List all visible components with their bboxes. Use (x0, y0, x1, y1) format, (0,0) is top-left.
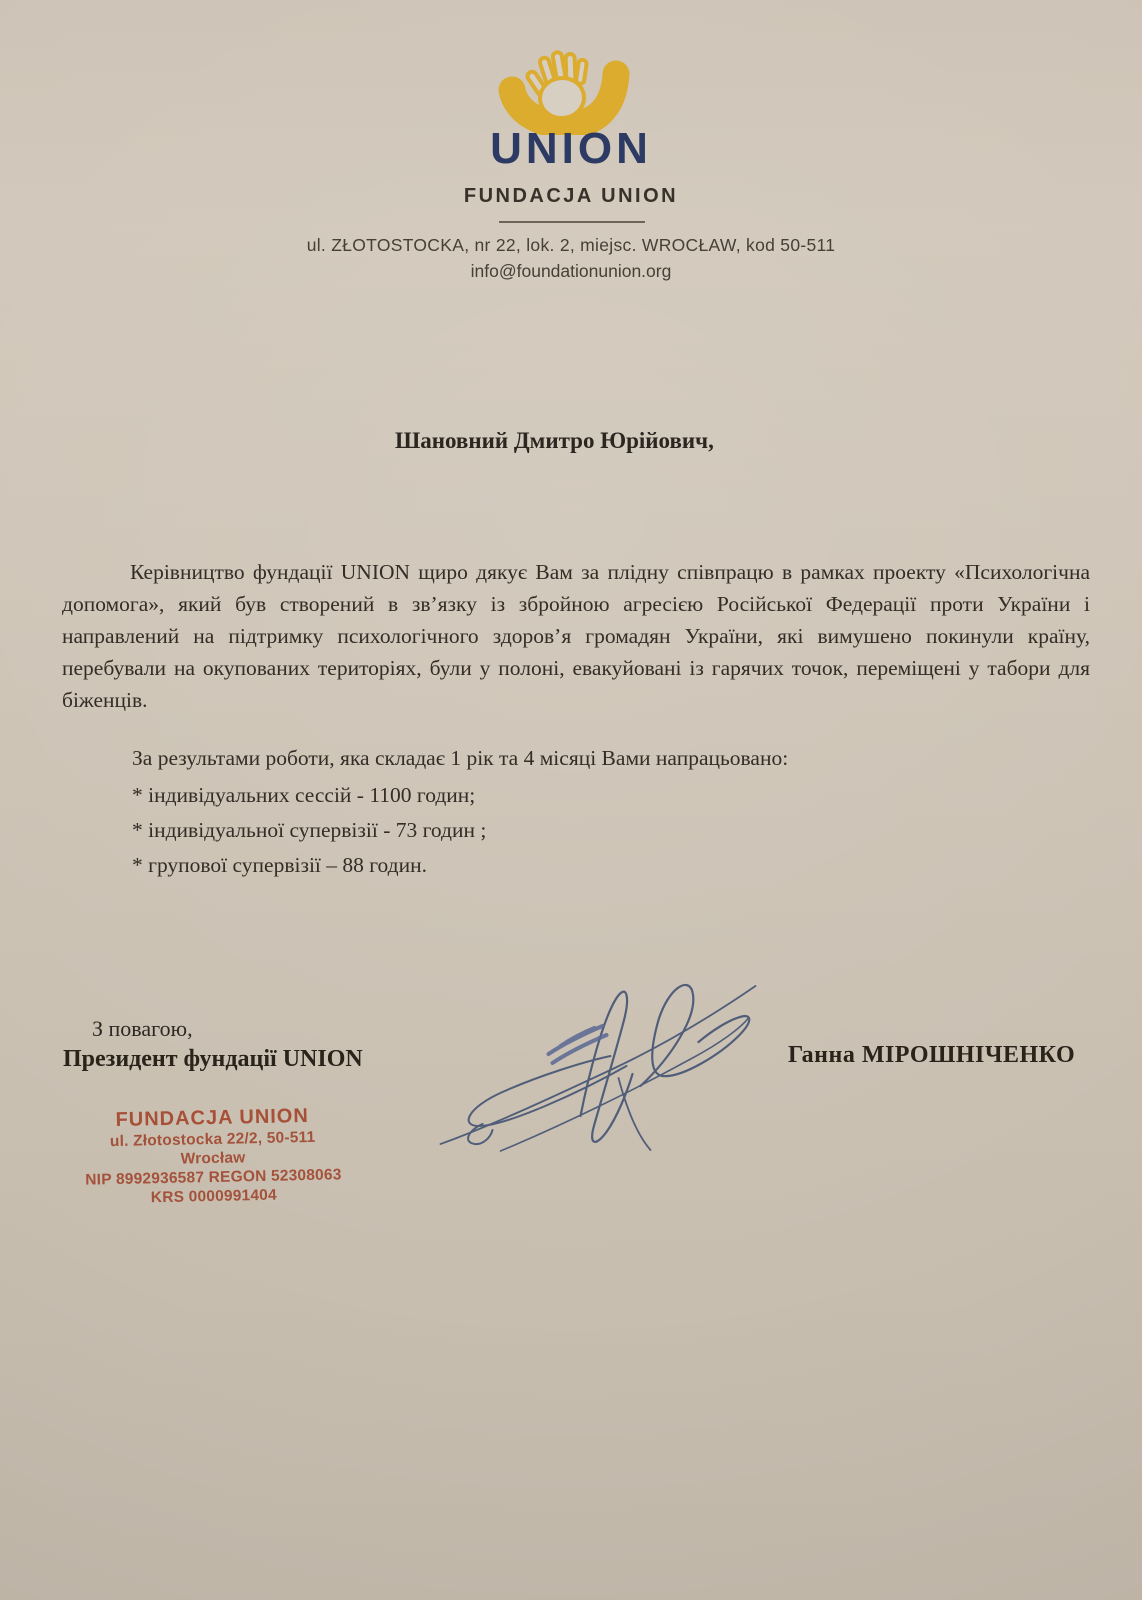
results-item: * індивідуальної супервізії - 73 годин ; (132, 813, 1062, 848)
org-subtitle: FUNDACJA UNION (0, 185, 1142, 208)
body-paragraph: Керівництво фундації UNION щиро дякує Ва… (62, 556, 1090, 716)
handwritten-signature (428, 958, 773, 1158)
salutation: Шановний Дмитро Юрійович, (395, 428, 714, 454)
stamp-address: ul. Złotostocka 22/2, 50-511 Wrocław (77, 1127, 348, 1171)
letterhead-divider (499, 221, 645, 223)
letterhead-email: info@foundationunion.org (0, 261, 1142, 282)
results-item: * групової супервізії – 88 годин. (132, 848, 1062, 883)
results-section: За результами роботи, яка складає 1 рік … (62, 742, 1062, 883)
signer-name: Ганна МІРОШНІЧЕНКО (788, 1042, 1075, 1069)
letter-page: UNION FUNDACJA UNION ul. ZŁOTOSTOCKA, nr… (0, 0, 1142, 1600)
signer-title: Президент фундації UNION (63, 1046, 363, 1073)
foundation-stamp: FUNDACJA UNION ul. Złotostocka 22/2, 50-… (77, 1103, 349, 1209)
letterhead-address: ul. ZŁOTOSTOCKA, nr 22, lok. 2, miejsc. … (0, 235, 1142, 256)
closing-phrase: З повагою, (92, 1016, 193, 1042)
results-list: * індивідуальних сессій - 1100 годин; * … (62, 778, 1062, 883)
union-hand-logo-icon (496, 50, 646, 135)
results-intro: За результами роботи, яка складає 1 рік … (62, 742, 1062, 774)
org-name: UNION (0, 124, 1142, 174)
results-item: * індивідуальних сессій - 1100 годин; (132, 778, 1062, 813)
